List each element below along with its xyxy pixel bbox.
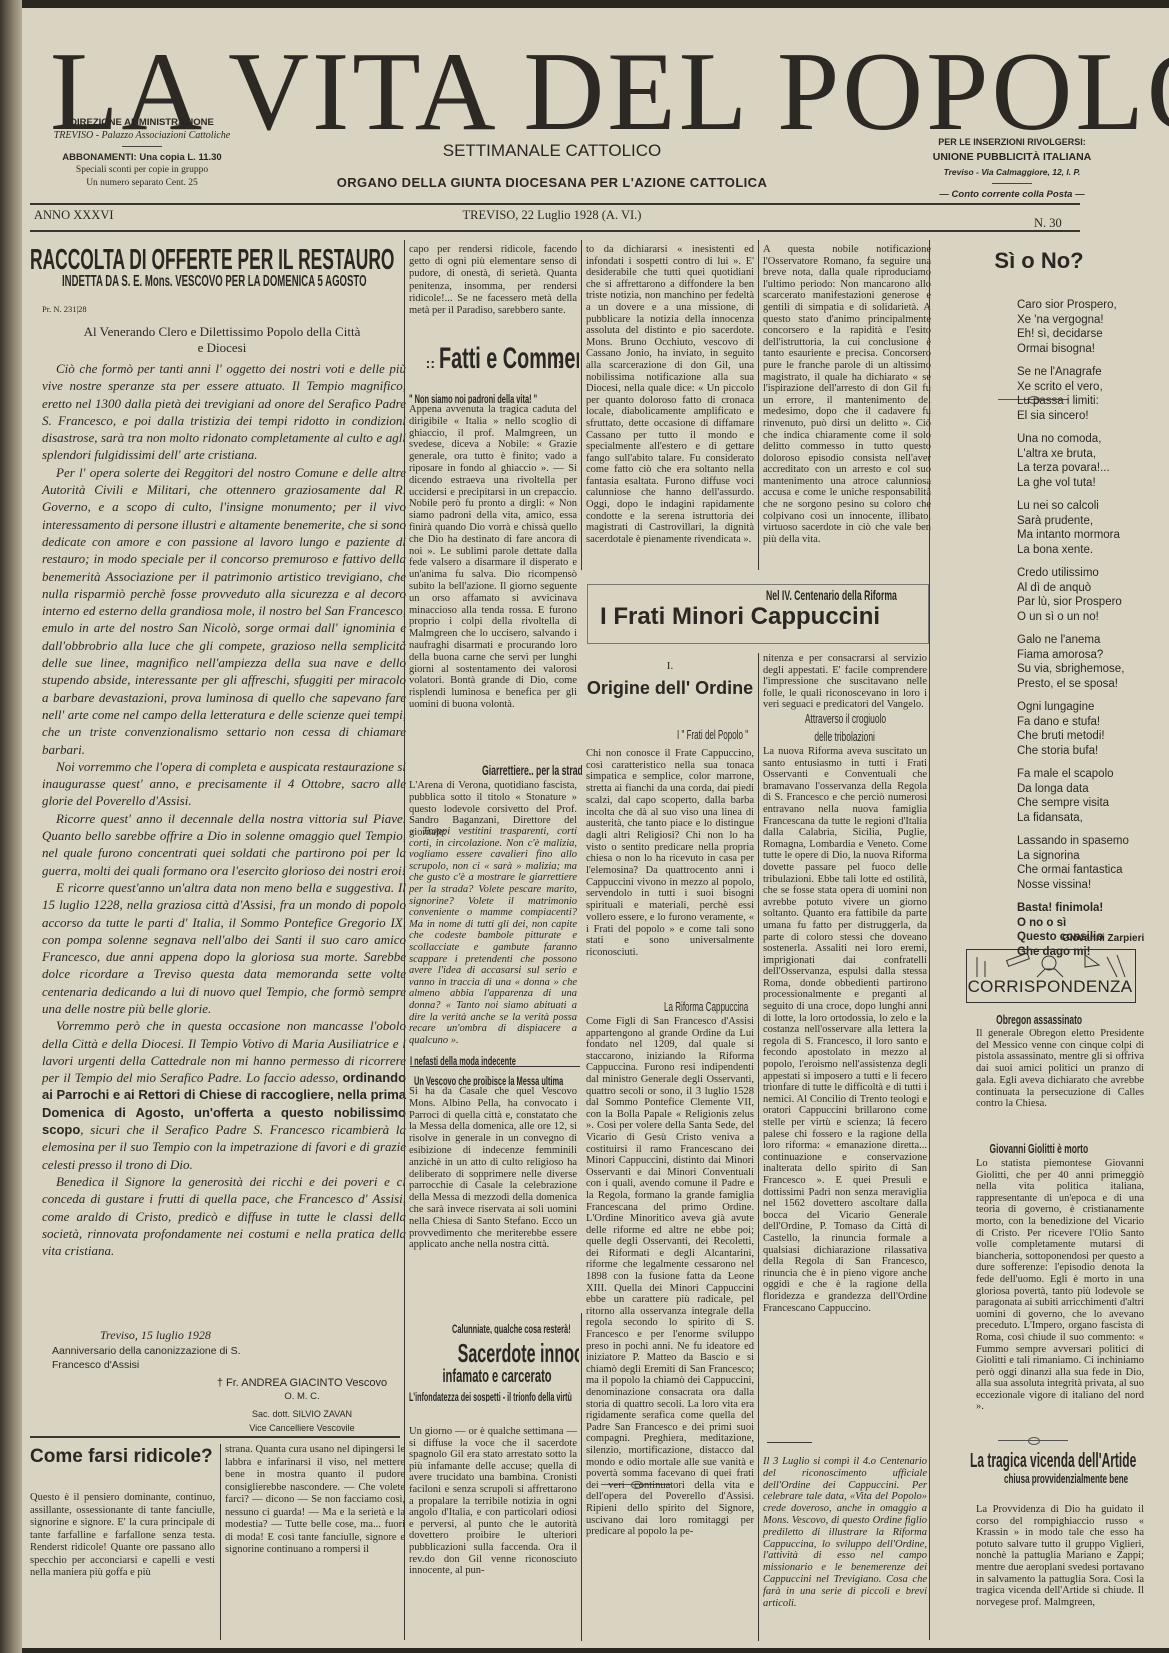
poem-stanza: Fa male el scapoloDa longa dataChe sempr… [1017,767,1157,825]
poem-line: Fiama amorosa? [1017,648,1157,663]
cappuccini-headline: I Frati Minori Cappuccini [600,603,880,631]
admin-heading: DIREZIONE AMMINISTRAZIONE [22,116,262,129]
signatures: † Fr. ANDREA GIACINTO Vescovo O. M. C. S… [202,1376,402,1435]
section-numeral: I. [586,660,754,672]
obregon-text: Il generale Obregon eletto Presidente de… [976,1028,1144,1110]
lead-paragraph: Ricorre quest' anno il decennale della n… [42,810,406,879]
poem-line: Fa dano e stufa! [1017,715,1157,730]
cappuccini-text-tribolazioni: La nuova Riforma aveva suscitato un sant… [763,746,927,1314]
sacerdote-deck: L'infondatezza dei sospetti - il trionfo… [409,1390,572,1402]
corrispondenza-label: CORRISPONDENZA [967,977,1133,997]
poem-line: Che ormai fantastica [1017,863,1157,878]
poem-line: Ma intanto mormora [1017,528,1157,543]
postal-account: — Conto corrente colla Posta — [887,187,1137,202]
poem-line: O no o sì [1017,916,1157,931]
salutation: Al Venerando Clero e Dilettissimo Popolo… [82,324,362,356]
poem-line: Lassando in spasemo [1017,834,1157,849]
giolitti-text: Lo statista piemontese Giovanni Giolitti… [976,1158,1144,1413]
lead-paragraph: Noi vorremmo che l'opera di completa e a… [42,758,406,810]
ridicole-col3: capo per rendersi ridicole, facendo gett… [409,244,577,317]
poem-title: Sì o No? [934,248,1144,274]
poem-line: La fidansata, [1017,811,1157,826]
poem-line: Che sempre visita [1017,796,1157,811]
artide-headline: La tragica vicenda dell'Artide [970,1450,1136,1472]
single-copy-price: Un numero separato Cent. 25 [22,177,262,190]
poem-line: Che bruti metodi! [1017,729,1157,744]
lead-body: Ciò che formò per tanti anni l' oggetto … [42,360,406,1259]
ads-address: Treviso - Via Calmaggiore, 12, I. P. [887,165,1137,180]
advertising-box: PER LE INSERZIONI RIVOLGERSI: UNIONE PUB… [887,135,1137,202]
bishop-signature: † Fr. ANDREA GIACINTO Vescovo [202,1376,402,1390]
poem-line: Da longa data [1017,782,1157,797]
poem-line: Ogni lungagine [1017,700,1157,715]
ridicole-headline: Come farsi ridicole? [30,1446,213,1468]
lead-paragraph: Ciò che formò per tanti anni l' oggetto … [42,360,406,464]
chancellor-title: Vice Cancelliere Vescovile [202,1421,402,1435]
poem-stanza: Una no comoda,L'altra xe bruta,La terza … [1017,432,1157,490]
binding-spine [0,0,22,1653]
poem-line: La ghe vol tuta! [1017,476,1157,491]
poem-stanza: Credo utilissimoAl dì de anquòPar lù, si… [1017,566,1157,624]
group-discount: Speciali sconti per copie in gruppo [22,164,262,177]
giolitti-title: Giovanni Giolitti è morto [990,1141,1089,1156]
poem-line: El sia sincero! [1017,409,1157,424]
poem-line: Xe scrito el vero, [1017,380,1157,395]
lead-headline: RACCOLTA DI OFFERTE PER IL RESTAURO DI S… [30,244,400,274]
fatti-sub-nefasti: I nefasti della moda indecente [410,1054,516,1067]
poem-line: Lu nei so calcoli [1017,499,1157,514]
corrispondenza-banner: CORRISPONDENZA [966,949,1136,1003]
poem-line: Par lù, sior Prospero [1017,595,1157,610]
poem-line: Caro sior Prospero, [1017,298,1157,313]
issue-date: TREVISO, 22 Luglio 1928 (A. VI.) [402,208,702,223]
fatti-text-casale: Si ha da Casale che quel Vescovo Mons. A… [409,1086,577,1251]
admin-address: TREVISO - Palazzo Associazioni Cattolich… [22,129,262,142]
lead-paragraph: Per l' opera solerte dei Reggitori del n… [42,464,406,758]
cappuccini-section-title: Origine dell' Ordine [582,678,758,699]
poem-author: Giovanni Zarpieri [1062,933,1144,944]
cappuccini-kicker: Nel IV. Centenario della Riforma [766,587,897,603]
organ-line: ORGANO DELLA GIUNTA DIOCESANA PER L'AZIO… [292,175,812,190]
administration-box: DIREZIONE AMMINISTRAZIONE TREVISO - Pala… [22,116,262,190]
poem-line: L'altra xe bruta, [1017,447,1157,462]
cappuccini-sub-tribolazioni: delle tribolazioni [815,729,876,744]
ornament-divider [998,1440,1068,1447]
poem-stanza: Lassando in spasemoLa signorinaChe ormai… [1017,834,1157,892]
issue-number: N. 30 [1034,216,1062,231]
sacerdote-text-b: to da dichiararsi « inesistenti ed infon… [586,244,754,545]
poem-line: Che storia bufa! [1017,744,1157,759]
poem-body: Caro sior Prospero,Xe 'na vergogna!Eh! s… [1017,298,1157,968]
ads-agency: UNIONE PUBBLICITÀ ITALIANA [887,150,1137,165]
appeal-paragraph: Vorremmo però che in questa occasione no… [42,1017,406,1173]
poem-line: O un sì o un no! [1017,610,1157,625]
illustration-icon [967,951,1133,979]
cappuccini-sub-crogiuolo: Attraverso il crogiuolo [804,711,885,726]
bishop-order: O. M. C. [202,1390,402,1404]
poem-line: Ormai bisogna! [1017,342,1157,357]
lead-paragraph: E ricorre quest'anno un'altra data non m… [42,879,406,1017]
poem-line: La terza povara!... [1017,461,1157,476]
poem-line: Presto, el se sposa! [1017,677,1157,692]
poem-line: Nosse vissina! [1017,878,1157,893]
fatti-quote-giarrettiere: « Troppi vestitini trasparenti, corti co… [409,826,577,1046]
poem-line: Al dì de anquò [1017,581,1157,596]
cappuccini-text-frati: Chi non conosce il Frate Cappuccino, cos… [586,748,754,959]
ads-heading: PER LE INSERZIONI RIVOLGERSI: [887,135,1137,150]
protocol-number: Pr. N. 231|28 [42,304,87,314]
sacerdote-text-c: A questa nobile notificazione l'Osservat… [763,244,931,545]
lead-subhead: INDETTA DA S. E. Mons. VESCOVO PER LA DO… [62,273,367,291]
poem-stanza: Caro sior Prospero,Xe 'na vergogna!Eh! s… [1017,298,1157,356]
sacerdote-headline2: infamato e carcerato [442,1366,551,1387]
poem-line: La bona xente. [1017,543,1157,558]
poem-line: Una no comoda, [1017,432,1157,447]
cappuccini-banner: Nel IV. Centenario della Riforma I Frati… [587,584,929,644]
poem-line: Se ne l'Anagrafe [1017,365,1157,380]
ridicole-col2: strana. Quanta cura usano nel dipingersi… [225,1444,405,1557]
ridicole-col1: Questo è il pensiero dominante, continuo… [30,1492,215,1580]
artide-text: La Provvidenza di Dio ha guidato il cors… [976,1504,1144,1608]
fatti-sub-giarrettiere: Giarrettiere.. per la strada [482,762,582,778]
fatti-text-malmgreen: Appena avvenuta la tragica caduta del di… [409,404,577,711]
cappuccini-editorial-note: Il 3 Luglio si compì il 4.o Centenario d… [763,1456,927,1609]
sacerdote-headline: Sacerdote innocente [458,1338,579,1368]
weekly-subtitle: SETTIMANALE CATTOLICO [302,141,802,161]
poem-line: Lu passa i limiti: [1017,394,1157,409]
newspaper-page: LA VITA DEL POPOLO DIREZIONE AMMINISTRAZ… [22,8,1169,1648]
cappuccini-sub-riforma: La Riforma Cappuccina [664,999,748,1014]
sacerdote-text-a: Un giorno — or è qualche settimana — si … [409,1426,577,1577]
poem-stanza: Galo ne l'anemaFiama amorosa?Su via, sbr… [1017,633,1157,691]
place-date: Treviso, 15 luglio 1928 [100,1328,211,1343]
poem-line: Basta! finimola! [1017,901,1157,916]
poem-line: Su via, sbrighemose, [1017,662,1157,677]
poem-line: Sarà prudente, [1017,514,1157,529]
poem-line: Credo utilissimo [1017,566,1157,581]
poem-stanza: Lu nei so calcoliSarà prudente,Ma intant… [1017,499,1157,557]
poem-line: Fa male el scapolo [1017,767,1157,782]
cappuccini-text-servizio: nitenza e per consacrarsi al servizio de… [763,653,927,711]
poem-stanza: Ogni lungagineFa dano e stufa!Che bruti … [1017,700,1157,758]
poem-line: La signorina [1017,849,1157,864]
poem-line: Eh! sì, decidarse [1017,327,1157,342]
lead-headline-wrap: RACCOLTA DI OFFERTE PER IL RESTAURO DI S… [30,244,400,274]
chancellor-signature: Sac. dott. SILVIO ZAVAN [202,1407,402,1421]
fatti-headline: Fatti e Commenti [439,342,512,376]
volume-year: ANNO XXXVI [34,208,114,223]
poem-line: Galo ne l'anema [1017,633,1157,648]
cappuccini-text-riforma: Come Figli di San Francesco d'Assisi app… [586,1016,754,1538]
artide-subhead: chiusa provvidenzialmente bene [1004,1471,1128,1486]
fatti-sub-vescovo: Un Vescovo che proibisce la Messa ultima [414,1074,563,1086]
cappuccini-sub-frati: I " Frati del Popolo " [677,727,748,742]
sacerdote-kicker: Calunniate, qualche cosa resterà! [452,1322,571,1334]
obregon-title: Obregon assassinato [996,1012,1082,1027]
anniversary-note: Aanniversario della canonizzazione di S.… [52,1344,252,1372]
subscription-price: ABBONAMENTI: Una copia L. 11.30 [22,151,262,164]
fatti-sub-padroni: " Non siamo noi padroni della vita! " [409,392,537,404]
closing-paragraph: Benedica il Signore la generosità dei ri… [42,1173,406,1259]
poem-line: Xe 'na vergogna! [1017,313,1157,328]
poem-stanza: Se ne l'AnagrafeXe scrito el vero,Lu pas… [1017,365,1157,423]
